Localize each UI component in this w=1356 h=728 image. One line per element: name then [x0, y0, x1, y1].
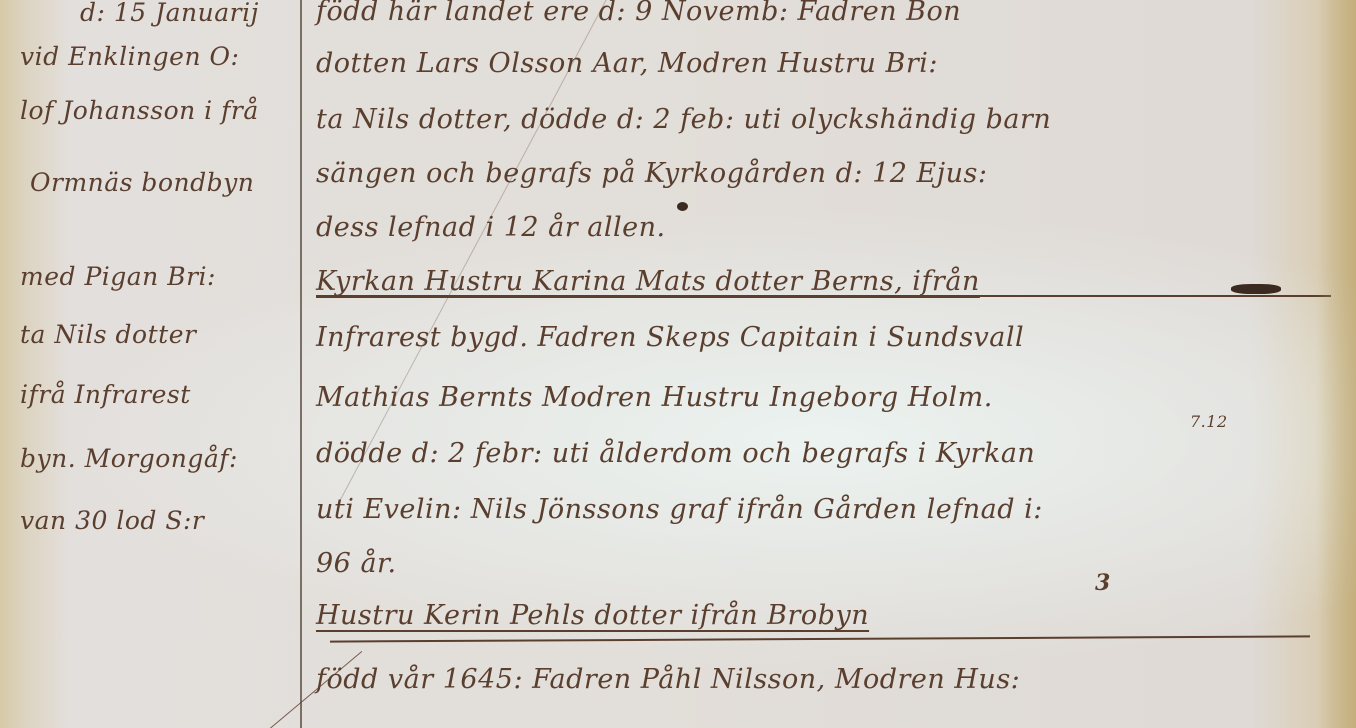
text-line: dotten Lars Olsson Aar, Modren Hustru Br… — [316, 48, 938, 79]
margin-note: byn. Morgongåf: — [20, 444, 238, 473]
margin-note: d: 15 Januarij — [80, 0, 259, 27]
superscript-annotation: 7.12 — [1190, 412, 1228, 431]
margin-note: ta Nils dotter — [20, 320, 196, 349]
text-line: 96 år. — [316, 548, 397, 579]
text-line: uti Evelin: Nils Jönssons graf ifrån Går… — [316, 494, 1043, 525]
text-line: född här landet ere d: 9 Novemb: Fadren … — [316, 0, 961, 27]
heading-mark: 3 — [1095, 570, 1111, 596]
register-page: d: 15 Januarij vid Enklingen O: lof Joha… — [0, 0, 1356, 728]
margin-note: van 30 lod S:r — [20, 506, 204, 535]
entry-underline — [316, 295, 1331, 297]
margin-note: med Pigan Bri: — [20, 262, 216, 291]
ink-scribble — [1231, 284, 1281, 294]
entry-heading: Hustru Kerin Pehls dotter ifrån Brobyn — [316, 600, 869, 631]
margin-note: lof Johansson i frå — [20, 96, 259, 125]
ink-blot — [677, 202, 688, 211]
text-line: Mathias Bernts Modren Hustru Ingeborg Ho… — [316, 382, 993, 413]
text-line: sängen och begrafs på Kyrkogården d: 12 … — [316, 158, 987, 189]
text-line: ta Nils dotter, dödde d: 2 feb: uti olyc… — [316, 104, 1051, 135]
binding-shadow — [1316, 0, 1356, 728]
text-line: dödde d: 2 febr: uti ålderdom och begraf… — [316, 438, 1035, 469]
text-line: Infrarest bygd. Fadren Skeps Capitain i … — [316, 322, 1024, 353]
margin-rule — [300, 0, 302, 728]
text-line: född vår 1645: Fadren Påhl Nilsson, Modr… — [316, 664, 1020, 695]
margin-column: d: 15 Januarij vid Enklingen O: lof Joha… — [0, 0, 300, 728]
entry-heading: Kyrkan Hustru Karina Mats dotter Berns, … — [316, 266, 980, 297]
entry-underline — [330, 635, 1310, 642]
margin-note: vid Enklingen O: — [20, 42, 239, 71]
margin-note: ifrå Infrarest — [20, 380, 191, 409]
margin-note: Ormnäs bondbyn — [30, 168, 254, 197]
